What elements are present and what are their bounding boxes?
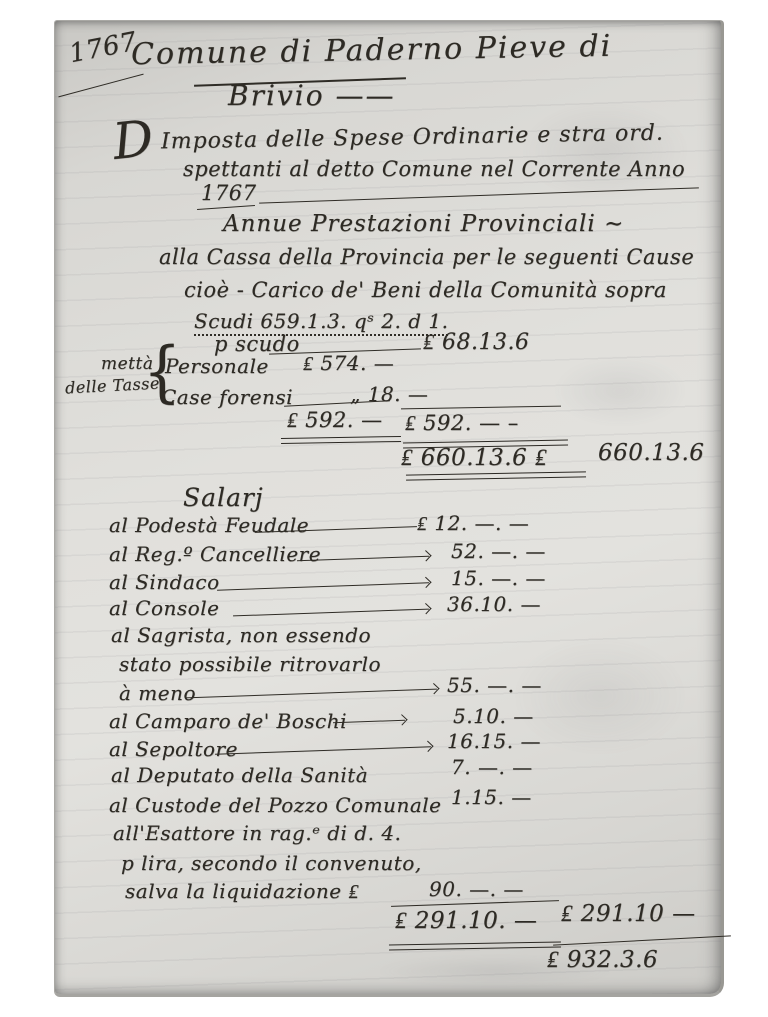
- ornamental-initial: D: [110, 109, 156, 171]
- salary-row-value: 1.15. —: [451, 785, 532, 809]
- per-scudo-value: ₤ 68.13.6: [423, 329, 529, 355]
- salary-row-value: 90. —. —: [429, 877, 524, 901]
- salary-row-label: al Sepoltore: [109, 737, 238, 761]
- salary-leader: [233, 609, 429, 617]
- intro-line-1: Imposta delle Spese Ordinarie e stra ord…: [161, 121, 664, 155]
- tasse-total-left: ₤ 660.13.6 ₤: [401, 445, 547, 471]
- tasse-row-case-label: Case forensi: [161, 385, 293, 409]
- salary-leader: [185, 689, 437, 699]
- salary-row-label: al Deputato della Sanità: [111, 763, 368, 787]
- tasse-row-personale-label: Personale: [165, 354, 269, 378]
- salary-row-label: stato possibile ritrovarlo: [119, 652, 381, 676]
- salary-row-label: salva la liquidazione ₤: [125, 879, 359, 904]
- sum-rule: [401, 406, 561, 410]
- ink-bleedthrough: [485, 81, 725, 221]
- prestazioni-line-1: alla Cassa della Provincia per le seguen…: [159, 245, 694, 269]
- sum-rule-double: [281, 436, 401, 444]
- intro-rule: [259, 187, 699, 203]
- salary-leader: [215, 746, 431, 755]
- intro-year-underline: [197, 205, 255, 210]
- salary-leader: [217, 582, 429, 590]
- title-line2: Brivio ——: [228, 79, 395, 112]
- salary-row-label: al Podestà Feudale: [109, 513, 309, 537]
- tasse-subtotal-left: ₤ 592. —: [287, 408, 383, 433]
- salary-row-value: ₤ 12. —. —: [417, 511, 529, 536]
- tasse-subtotal-right: ₤ 592. — –: [405, 411, 519, 436]
- sum-rule: [391, 900, 559, 907]
- intro-line-3: 1767: [201, 181, 256, 205]
- section-heading-prestazioni: Annue Prestazioni Provinciali ~: [223, 211, 624, 237]
- salary-row-label: al Sagrista, non essendo: [111, 623, 371, 647]
- salary-row-label: al Custode del Pozzo Comunale: [109, 793, 441, 817]
- salary-row-value: 5.10. —: [453, 704, 534, 728]
- salaries-subtotal-right: ₤ 291.10 —: [561, 901, 696, 927]
- salaries-grand-total: ₤ 932.3.6: [547, 947, 658, 973]
- salary-row-label: al Camparo de' Boschi: [109, 709, 347, 733]
- tasse-row-personale-value: ₤ 574. —: [303, 351, 394, 376]
- ink-bleedthrough: [525, 341, 715, 441]
- salary-row-value: 7. —. —: [451, 755, 533, 779]
- sum-rule-double: [406, 471, 586, 480]
- salary-row-label: p lira, secondo il convenuto,: [121, 851, 422, 875]
- prestazioni-line-2: cioè - Carico de' Beni della Comunità so…: [184, 278, 667, 302]
- section-heading-salarj: Salarj: [183, 483, 264, 512]
- salary-row-value: 16.15. —: [447, 729, 541, 753]
- salary-row-label: al Console: [109, 596, 219, 620]
- year-underline: [58, 74, 143, 98]
- sum-rule-double: [389, 941, 561, 950]
- salary-row-value: 15. —. —: [451, 566, 546, 590]
- tasse-total-right: 660.13.6: [598, 440, 704, 466]
- salaries-subtotal-left: ₤ 291.10. —: [395, 908, 537, 934]
- salary-row-label: all'Esattore in rag.ᵉ di d. 4.: [113, 821, 401, 845]
- salary-row-value: 36.10. —: [447, 592, 541, 616]
- year-annotation: 1767: [67, 27, 140, 69]
- document-title: Comune di Paderno Pieve di: [131, 29, 613, 72]
- intro-line-2: spettanti al detto Comune nel Corrente A…: [183, 157, 685, 181]
- salary-row-label: à meno: [119, 681, 196, 705]
- sum-rule: [553, 935, 731, 945]
- manuscript-page: 1767 Comune di Paderno Pieve di Brivio —…: [54, 20, 724, 997]
- salary-row-label: al Reg.º Cancelliere: [109, 542, 321, 566]
- salary-row-value: 55. —. —: [447, 673, 542, 697]
- salary-row-label: al Sindaco: [109, 570, 220, 594]
- salary-row-value: 52. —. —: [451, 539, 546, 563]
